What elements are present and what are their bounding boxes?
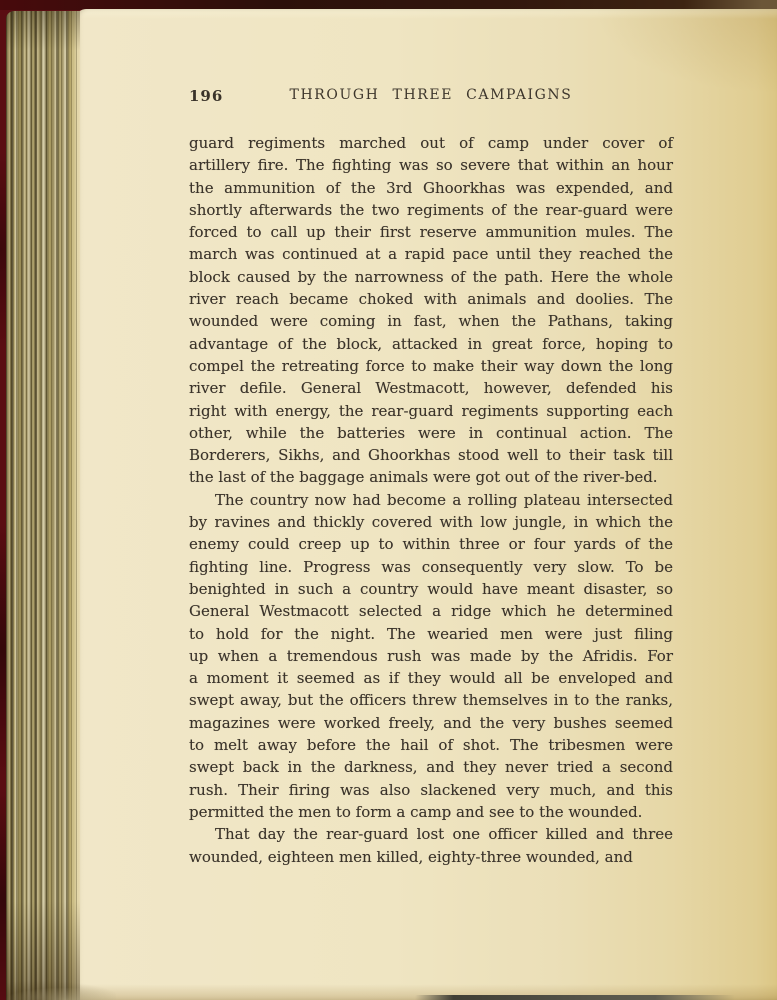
text-line: to melt away before the hail of shot. Th… [189, 734, 673, 756]
text-line: river defile. General Westmacott, howeve… [189, 377, 673, 399]
text-line: shortly afterwards the two regiments of … [189, 199, 673, 221]
text-line: river reach became choked with animals a… [189, 288, 673, 310]
text-line: General Westmacott selected a ridge whic… [189, 600, 673, 622]
paragraph: guard regiments marched out of camp unde… [189, 132, 673, 489]
text-line: That day the rear-guard lost one officer… [189, 823, 673, 845]
text-line: right with energy, the rear-guard regime… [189, 400, 673, 422]
page-edges-stack [6, 11, 80, 1000]
text-line: permitted the men to form a camp and see… [189, 801, 673, 823]
text-block: guard regiments marched out of camp unde… [189, 132, 673, 868]
text-line: guard regiments marched out of camp unde… [189, 132, 673, 154]
book-page[interactable]: 196 THROUGH THREE CAMPAIGNS guard regime… [76, 9, 777, 1000]
text-line: other, while the batteries were in conti… [189, 422, 673, 444]
text-line: forced to call up their first reserve am… [189, 221, 673, 243]
text-line: wounded were coming in fast, when the Pa… [189, 310, 673, 332]
page-corner-curl [6, 960, 116, 1000]
page-number: 196 [189, 87, 223, 105]
text-line: rush. Their firing was also slackened ve… [189, 779, 673, 801]
text-line: wounded, eighteen men killed, eighty-thr… [189, 846, 673, 868]
text-line: Borderers, Sikhs, and Ghoorkhas stood we… [189, 444, 673, 466]
text-line: by ravines and thickly covered with low … [189, 511, 673, 533]
table-edge-shadow [415, 995, 735, 1000]
text-line: fighting line. Progress was consequently… [189, 556, 673, 578]
text-line: a moment it seemed as if they would all … [189, 667, 673, 689]
text-line: swept away, but the officers threw thems… [189, 689, 673, 711]
book-scan: 196 THROUGH THREE CAMPAIGNS guard regime… [0, 0, 777, 1000]
text-line: magazines were worked freely, and the ve… [189, 712, 673, 734]
running-title: THROUGH THREE CAMPAIGNS [189, 87, 673, 103]
paragraph: The country now had become a rolling pla… [189, 489, 673, 823]
page-header: 196 THROUGH THREE CAMPAIGNS [189, 87, 673, 107]
text-line: block caused by the narrowness of the pa… [189, 266, 673, 288]
text-line: artillery fire. The fighting was so seve… [189, 154, 673, 176]
text-line: up when a tremendous rush was made by th… [189, 645, 673, 667]
text-line: enemy could creep up to within three or … [189, 533, 673, 555]
text-line: the ammunition of the 3rd Ghoorkhas was … [189, 177, 673, 199]
text-line: benighted in such a country would have m… [189, 578, 673, 600]
text-line: compel the retreating force to make thei… [189, 355, 673, 377]
text-line: swept back in the darkness, and they nev… [189, 756, 673, 778]
paragraph: That day the rear-guard lost one officer… [189, 823, 673, 868]
text-line: The country now had become a rolling pla… [189, 489, 673, 511]
text-line: march was continued at a rapid pace unti… [189, 243, 673, 265]
text-line: the last of the baggage animals were got… [189, 466, 673, 488]
text-line: advantage of the block, attacked in grea… [189, 333, 673, 355]
text-line: to hold for the night. The wearied men w… [189, 623, 673, 645]
